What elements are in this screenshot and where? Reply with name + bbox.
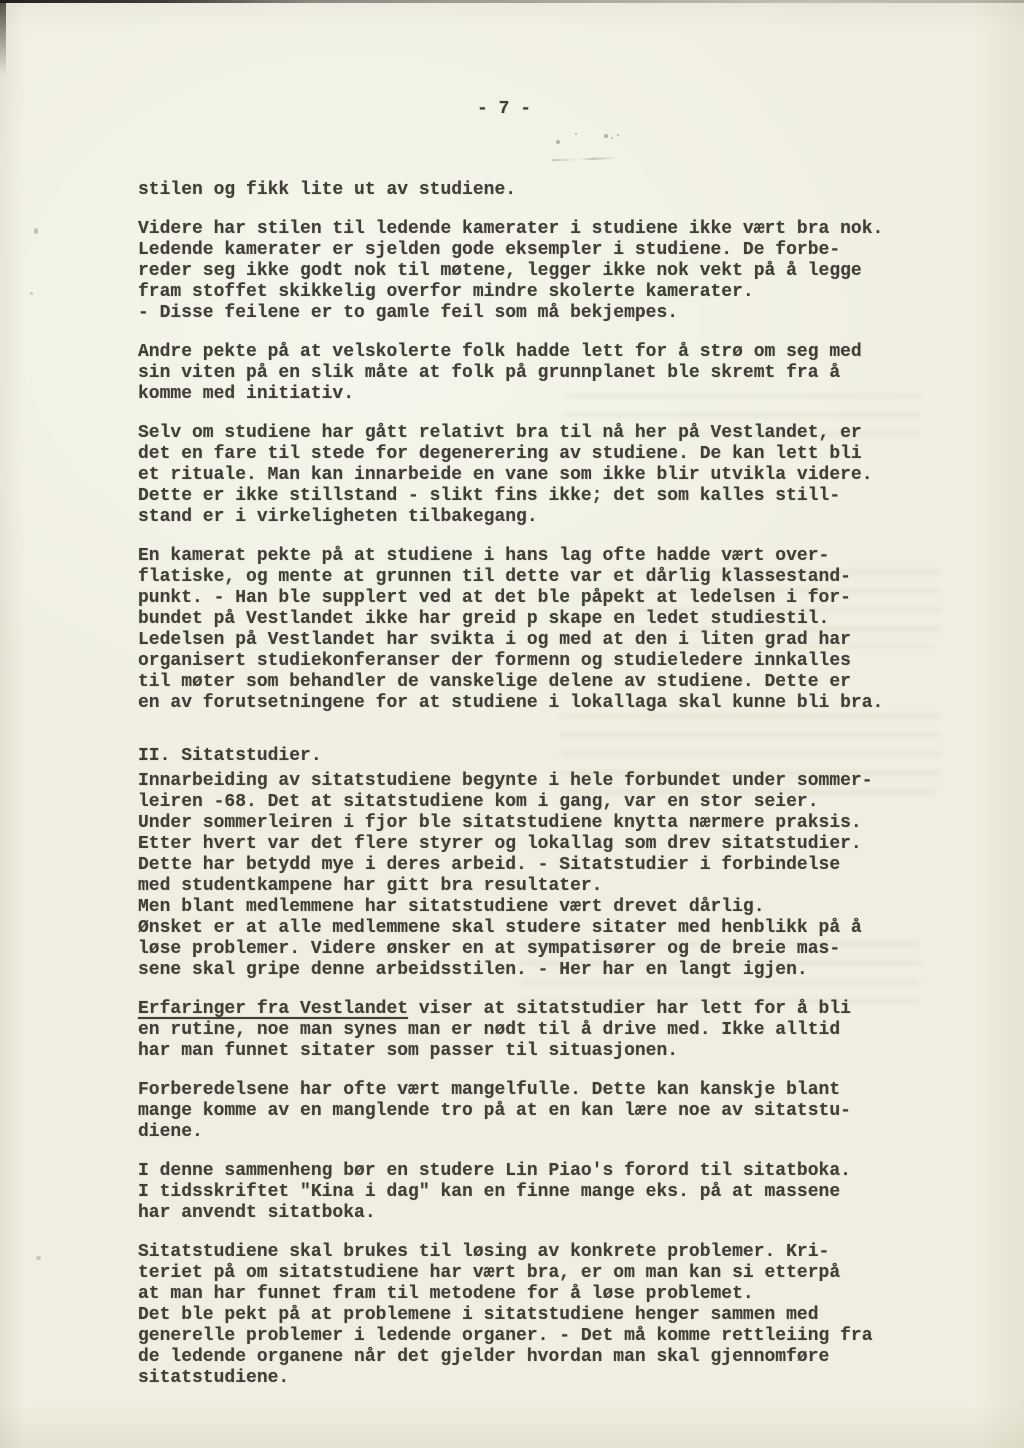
paragraph-erfaringer-vestlandet: Erfaringer fra Vestlandet viser at sitat… [138, 999, 950, 1062]
text-line: organisert studiekonferanser der formenn… [138, 651, 950, 672]
text-line: teriet på om sitatstudiene har vært bra,… [138, 1263, 950, 1284]
text-line: Videre har stilen til ledende kamerater … [138, 219, 950, 240]
paragraph-konkrete-problemer: Sitatstudiene skal brukes til løsing av … [138, 1242, 950, 1389]
text-line: Innarbeiding av sitatstudiene begynte i … [138, 771, 950, 792]
paragraph-lin-piao: I denne sammenheng bør en studere Lin Pi… [138, 1161, 950, 1224]
paragraph-intro-continuation: stilen og fikk lite ut av studiene. [138, 180, 950, 201]
document-body: stilen og fikk lite ut av studiene. Vide… [138, 180, 950, 1407]
text-line: fram stoffet skikkelig overfor mindre sk… [138, 282, 950, 303]
paragraph-innarbeiding: Innarbeiding av sitatstudiene begynte i … [138, 771, 950, 981]
text-line: Ledelsen på Vestlandet har svikta i og m… [138, 630, 950, 651]
paragraph-overflatiske-studier: En kamerat pekte på at studiene i hans l… [138, 546, 950, 714]
text-line: en av forutsetningene for at studiene i … [138, 693, 950, 714]
text-line: sene skal gripe denne arbeidsstilen. - H… [138, 960, 950, 981]
text-line: generelle problemer i ledende organer. -… [138, 1326, 950, 1347]
text-line: de ledende organene når det gjelder hvor… [138, 1347, 950, 1368]
text-line: har man funnet sitater som passer til si… [138, 1041, 950, 1062]
text-line: Dette er ikke stillstand - slikt fins ik… [138, 486, 950, 507]
text-line: reder seg ikke godt nok til møtene, legg… [138, 261, 950, 282]
text-line: Forberedelsene har ofte vært mangelfulle… [138, 1080, 950, 1101]
text-line: I tidsskriftet "Kina i dag" kan en finne… [138, 1182, 950, 1203]
text-line: sitatstudiene. [138, 1368, 950, 1389]
text-line: I denne sammenheng bør en studere Lin Pi… [138, 1161, 950, 1182]
section-heading-sitatstudier: II. Sitatstudier. [138, 746, 950, 767]
scan-edge-top [0, 0, 1024, 3]
paragraph-forberedelsene: Forberedelsene har ofte vært mangelfulle… [138, 1080, 950, 1143]
scan-speck [36, 1256, 41, 1260]
text-line: Men blant medlemmene har sitatstudiene v… [138, 897, 950, 918]
lead-rest: viser at sitatstudier har lett for å bli [408, 999, 851, 1019]
text-line: Etter hvert var det flere styrer og loka… [138, 834, 950, 855]
text-line: bundet på Vestlandet ikke har greid p sk… [138, 609, 950, 630]
text-line: Under sommerleiren i fjor ble sitatstudi… [138, 813, 950, 834]
text-line: En kamerat pekte på at studiene i hans l… [138, 546, 950, 567]
text-line: har anvendt sitatboka. [138, 1203, 950, 1224]
pencil-smudge [552, 128, 652, 168]
text-line: en rutine, noe man synes man er nødt til… [138, 1020, 950, 1041]
text-line: Selv om studiene har gått relativt bra t… [138, 423, 950, 444]
text-line: komme med initiativ. [138, 384, 950, 405]
text-line: Ønsket er at alle medlemmene skal studer… [138, 918, 950, 939]
text-line: Sitatstudiene skal brukes til løsing av … [138, 1242, 950, 1263]
text-line: det en fare til stede for degenerering a… [138, 444, 950, 465]
text-line: stand er i virkeligheten tilbakegang. [138, 507, 950, 528]
text-line: Erfaringer fra Vestlandet viser at sitat… [138, 999, 950, 1020]
text-line: sin viten på en slik måte at folk på gru… [138, 363, 950, 384]
paragraph-fare-for-degenerering: Selv om studiene har gått relativt bra t… [138, 423, 950, 528]
page-number: - 7 - [477, 99, 531, 120]
text-line: mange komme av en manglende tro på at en… [138, 1101, 950, 1122]
scanned-document-page: - 7 - stilen og fikk lite ut av studiene… [0, 0, 1024, 1448]
text-line: Dette har betydd mye i deres arbeid. - S… [138, 855, 950, 876]
text-line: løse problemer. Videre ønsker en at symp… [138, 939, 950, 960]
text-line: flatiske, og mente at grunnen til dette … [138, 567, 950, 588]
text-line: leiren -68. Det at sitatstudiene kom i g… [138, 792, 950, 813]
scan-corner-shadow [0, 2, 6, 82]
scan-speck [30, 292, 33, 295]
text-line: til møter som behandler de vanskelige de… [138, 672, 950, 693]
text-line: - Disse feilene er to gamle feil som må … [138, 303, 950, 324]
text-line: stilen og fikk lite ut av studiene. [138, 180, 950, 201]
paragraph-ledende-kamerater: Videre har stilen til ledende kamerater … [138, 219, 950, 324]
paragraph-velskolerte-folk: Andre pekte på at velskolerte folk hadde… [138, 342, 950, 405]
text-line: Andre pekte på at velskolerte folk hadde… [138, 342, 950, 363]
text-line: Ledende kamerater er sjelden gode eksemp… [138, 240, 950, 261]
underlined-lead: Erfaringer fra Vestlandet [138, 999, 408, 1019]
text-line: at man har funnet fram til metodene for … [138, 1284, 950, 1305]
text-line: Det ble pekt på at problemene i sitatstu… [138, 1305, 950, 1326]
text-line: med studentkampene har gitt bra resultat… [138, 876, 950, 897]
text-line: punkt. - Han ble supplert ved at det ble… [138, 588, 950, 609]
text-line: et rituale. Man kan innarbeide en vane s… [138, 465, 950, 486]
text-line: diene. [138, 1122, 950, 1143]
scan-speck [34, 228, 38, 234]
